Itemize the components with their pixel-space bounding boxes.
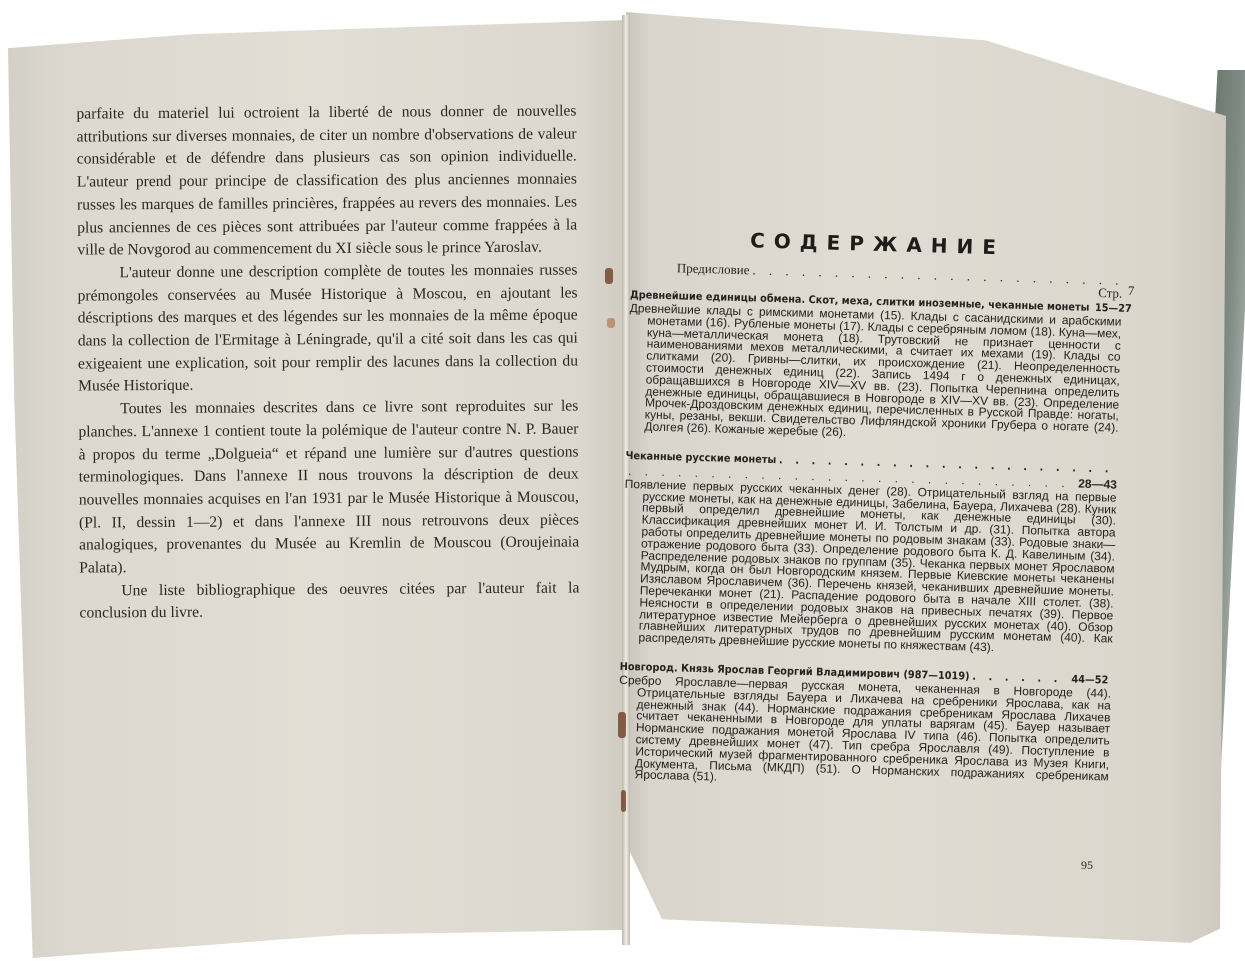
table-of-contents: СОДЕРЖАНИЕ Предисловие . . . . . . . . .… <box>616 225 1124 801</box>
open-book: parfaite du materiel lui octroient la li… <box>0 0 1245 980</box>
preface-page: 7 <box>1128 283 1135 299</box>
paragraph: Toutes les monnaies descrites dans ce li… <box>78 396 579 581</box>
paragraph: parfaite du materiel lui octroient la li… <box>76 100 577 262</box>
binding-stain <box>605 268 613 284</box>
paragraph: Une liste bibliographique des oeuvres ci… <box>79 577 579 625</box>
toc-chapter-pages: 44—52 <box>1071 672 1108 688</box>
left-page-text: parfaite du materiel lui octroient la li… <box>76 100 579 625</box>
toc-chapter-pages: 15—27 <box>1095 301 1132 317</box>
toc-chapter-description: Появление первых русских чеканных денег … <box>620 479 1116 658</box>
binding-stain <box>607 318 615 328</box>
page-number: 95 <box>1081 858 1093 873</box>
binding-stain <box>621 790 626 812</box>
toc-chapter-description: Древнейшие клады с римскими монетами (15… <box>626 303 1121 446</box>
paragraph: L'auteur donne une description complète … <box>77 259 578 398</box>
toc-chapter-description: Сребро Ярославле—первая русская монета, … <box>616 675 1111 795</box>
toc-entry-label: Предисловие <box>677 260 750 277</box>
leader-dots: . . . . . . . . . . . . <box>969 670 1071 688</box>
